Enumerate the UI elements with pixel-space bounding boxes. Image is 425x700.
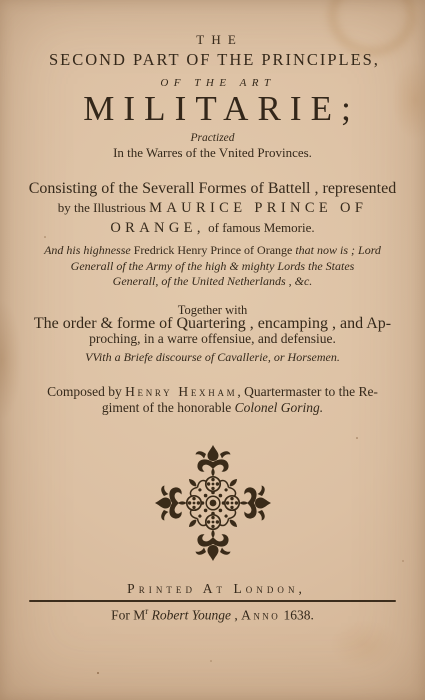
imprint-rule xyxy=(29,600,396,602)
maurice-prince-caps: MAURICE PRINCE OF xyxy=(149,200,367,216)
battell-line-3: ORANGE, of famous Memorie. xyxy=(0,218,425,238)
foxing-stain xyxy=(330,620,400,670)
battell-line-2: by the Illustrious MAURICE PRINCE OF xyxy=(0,198,425,218)
composed-line-2: giment of the honorable Colonel Goring. xyxy=(0,400,425,416)
bookseller-name: Robert Younge xyxy=(148,608,231,623)
title-word-the: THE xyxy=(0,32,425,48)
imprint-bookseller-line: For Mr Robert Younge , Anno 1638. xyxy=(0,606,425,624)
highnesse-line-2: Generall of the Army of the high & might… xyxy=(0,259,425,275)
imprint-printed-at-london: Printed At London, xyxy=(0,581,425,597)
cavallerie-line: VVith a Briefe discourse of Cavallerie, … xyxy=(0,350,425,365)
paper-speck xyxy=(402,560,404,562)
order-forme-line-2: proching, in a warre offensiue, and defe… xyxy=(0,331,425,347)
highnesse-line-1: And his highnesse Fredrick Henry Prince … xyxy=(0,243,425,259)
orange-caps: ORANGE, xyxy=(110,220,205,236)
anno-label: Anno xyxy=(241,608,280,623)
imprint-year: 1638. xyxy=(280,608,314,623)
subtitle-practized: Practized xyxy=(0,132,425,144)
printer-ornament-icon xyxy=(143,440,283,566)
title-page: THE SECOND PART OF THE PRINCIPLES, OF TH… xyxy=(0,0,425,700)
composed-paragraph: Composed by Henry Hexham, Quartermaster … xyxy=(0,384,425,416)
colonel-goring: Colonel Goring. xyxy=(235,400,324,415)
paper-speck xyxy=(210,660,212,662)
author-name: Henry Hexham xyxy=(125,384,237,399)
paper-speck xyxy=(356,437,358,439)
highnesse-paragraph: And his highnesse Fredrick Henry Prince … xyxy=(0,243,425,290)
battell-paragraph: Consisting of the Severall Formes of Bat… xyxy=(0,179,425,238)
title-line-militarie: MILITARIE; xyxy=(0,89,425,129)
paper-speck xyxy=(97,672,99,674)
battell-line-1: Consisting of the Severall Formes of Bat… xyxy=(0,179,425,198)
composed-line-1: Composed by Henry Hexham, Quartermaster … xyxy=(0,384,425,400)
title-line-of-the-art: OF THE ART xyxy=(0,77,425,89)
subtitle-warres: In the Warres of the Vnited Provinces. xyxy=(0,145,425,161)
highnesse-line-3: Generall, of the United Netherlands , &c… xyxy=(0,274,425,290)
title-line-second-part: SECOND PART OF THE PRINCIPLES, xyxy=(0,50,425,70)
